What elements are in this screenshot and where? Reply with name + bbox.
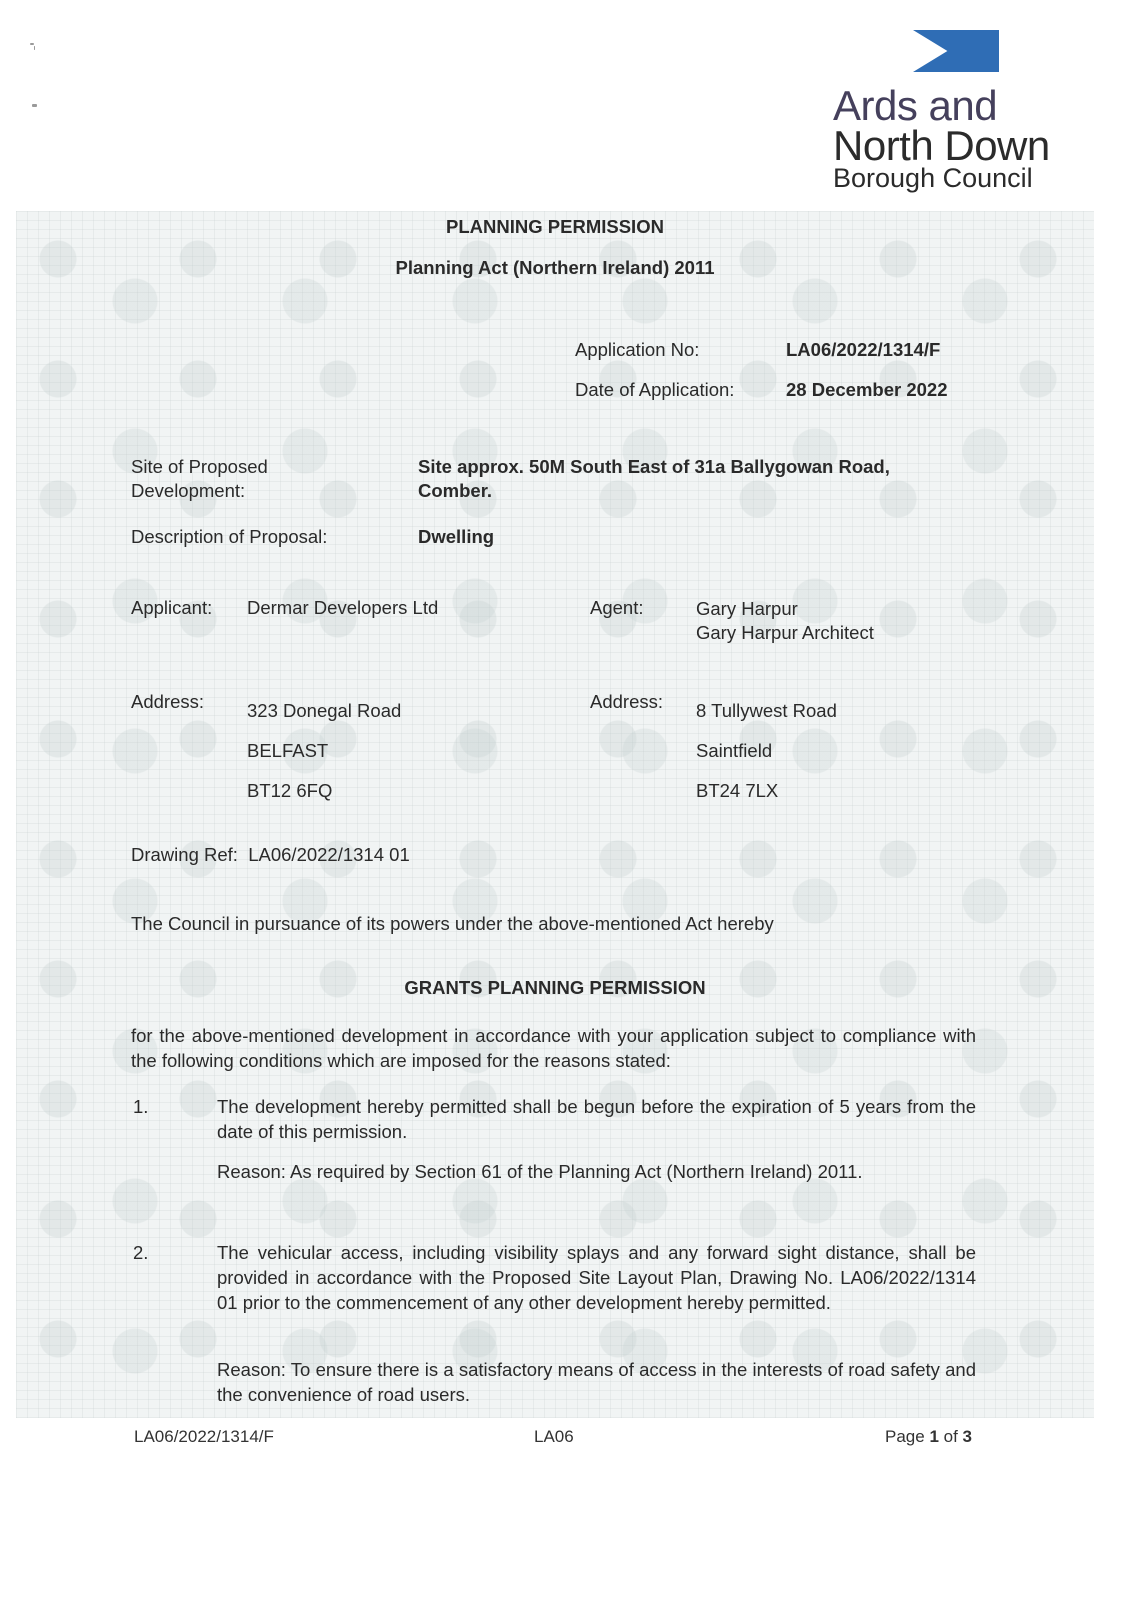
agent-address-line: 8 Tullywest Road — [696, 691, 837, 731]
site-value: Site approx. 50M South East of 31a Bally… — [418, 455, 890, 503]
page-of: of — [939, 1427, 963, 1446]
applicant-address: 323 Donegal Road BELFAST BT12 6FQ — [247, 691, 401, 811]
condition-text: The vehicular access, including visibili… — [217, 1240, 976, 1315]
date-of-application-label: Date of Application: — [575, 379, 734, 401]
condition-text: The development hereby permitted shall b… — [217, 1094, 976, 1144]
scan-artifact — [30, 43, 34, 45]
page-total: 3 — [963, 1427, 972, 1446]
agent-company: Gary Harpur Architect — [696, 621, 874, 645]
site-label-line1: Site of Proposed — [131, 455, 268, 479]
applicant-label: Applicant: — [131, 597, 212, 619]
agent-address-line: Saintfield — [696, 731, 837, 771]
site-value-line2: Comber. — [418, 479, 890, 503]
agent-address: 8 Tullywest Road Saintfield BT24 7LX — [696, 691, 837, 811]
description-value: Dwelling — [418, 526, 494, 548]
agent-value: Gary Harpur Gary Harpur Architect — [696, 597, 874, 645]
page-prefix: Page — [885, 1427, 929, 1446]
page-current: 1 — [929, 1427, 938, 1446]
agent-address-line: BT24 7LX — [696, 771, 837, 811]
scan-artifact — [32, 104, 37, 107]
application-no-label: Application No: — [575, 339, 699, 361]
agent-name: Gary Harpur — [696, 597, 874, 621]
site-label: Site of Proposed Development: — [131, 455, 268, 503]
grant-statement: for the above-mentioned development in a… — [131, 1023, 976, 1073]
site-label-line2: Development: — [131, 479, 268, 503]
applicant-address-label: Address: — [131, 691, 204, 713]
footer-reference: LA06/2022/1314/F — [134, 1427, 274, 1447]
condition-number: 2. — [133, 1242, 148, 1264]
applicant-address-line: BELFAST — [247, 731, 401, 771]
drawing-ref: Drawing Ref: LA06/2022/1314 01 — [131, 844, 410, 866]
condition-reason: Reason: To ensure there is a satisfactor… — [217, 1357, 976, 1407]
application-no-value: LA06/2022/1314/F — [786, 339, 940, 361]
condition-reason: Reason: As required by Section 61 of the… — [217, 1161, 863, 1183]
footer-page-number: Page 1 of 3 — [885, 1427, 972, 1447]
act-subtitle: Planning Act (Northern Ireland) 2011 — [16, 257, 1094, 279]
applicant-address-line: BT12 6FQ — [247, 771, 401, 811]
site-value-line1: Site approx. 50M South East of 31a Bally… — [418, 455, 890, 479]
drawing-ref-value: LA06/2022/1314 01 — [248, 844, 410, 865]
agent-address-label: Address: — [590, 691, 663, 713]
applicant-value: Dermar Developers Ltd — [247, 597, 438, 619]
footer-office: LA06 — [534, 1427, 574, 1447]
applicant-address-line: 323 Donegal Road — [247, 691, 401, 731]
date-of-application-value: 28 December 2022 — [786, 379, 947, 401]
logo-flag-icon — [913, 30, 999, 72]
grant-heading: GRANTS PLANNING PERMISSION — [16, 977, 1094, 999]
document-title: PLANNING PERMISSION — [16, 216, 1094, 238]
scan-artifact — [34, 46, 35, 50]
description-label: Description of Proposal: — [131, 526, 327, 548]
drawing-ref-label: Drawing Ref: — [131, 844, 238, 865]
logo-text-line3: Borough Council — [833, 163, 1033, 194]
condition-number: 1. — [133, 1096, 148, 1118]
agent-label: Agent: — [590, 597, 644, 619]
council-statement: The Council in pursuance of its powers u… — [131, 913, 774, 935]
